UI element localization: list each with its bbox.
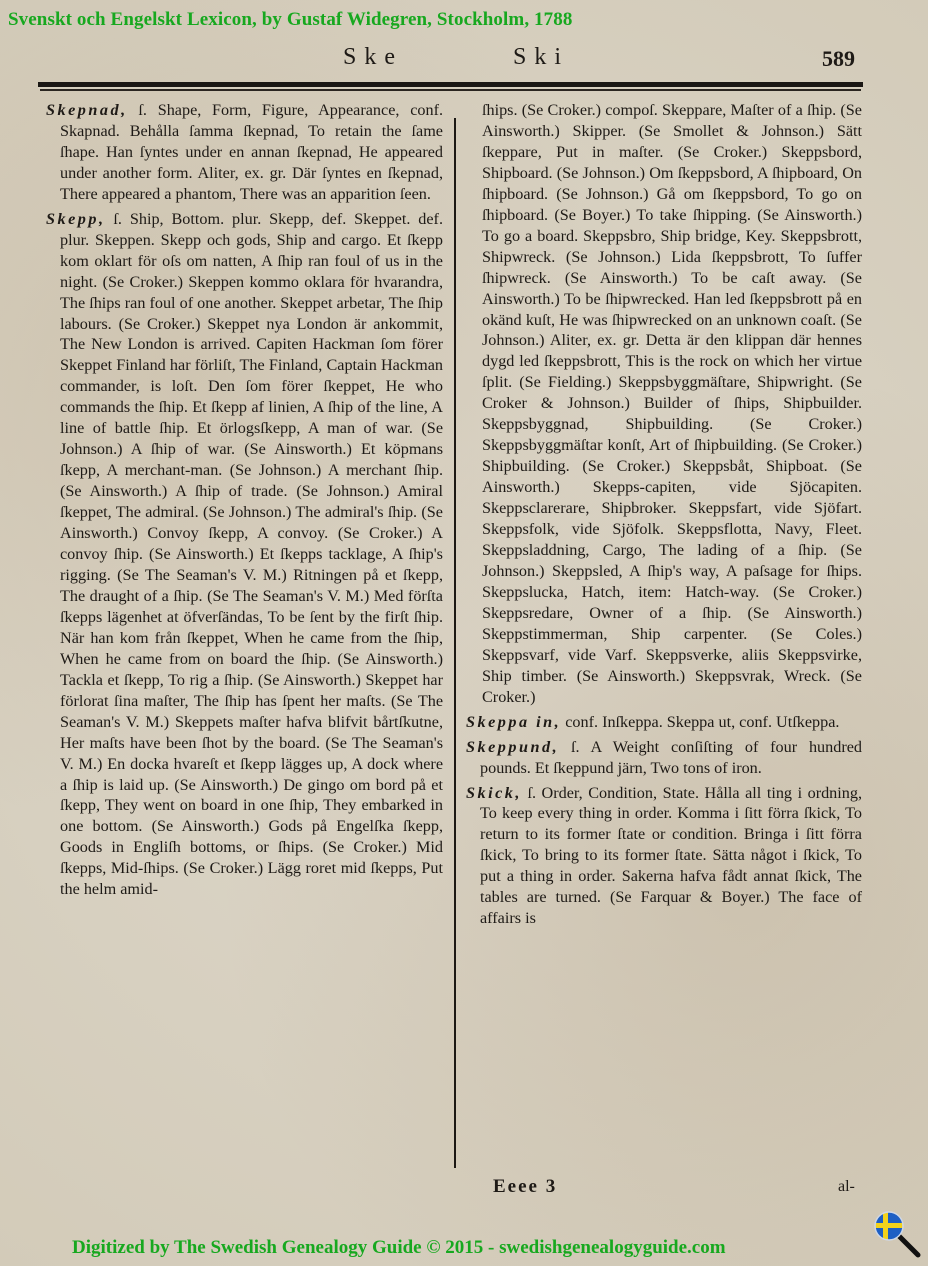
dictionary-entry: Skepp, ſ. Ship, Bottom. plur. Skepp, def… [46,209,443,900]
dictionary-entry: Skepnad, ſ. Shape, Form, Figure, Appeara… [46,100,443,205]
swedish-flag-magnifier-icon [872,1208,924,1260]
headword: Skeppund, [466,738,559,756]
right-column: ſhips. (Se Croker.) compoſ. Skeppare, Ma… [466,100,862,933]
catchword: al- [838,1178,855,1196]
headword: Skepp, [46,210,106,228]
digitized-credit: Digitized by The Swedish Genealogy Guide… [72,1237,726,1259]
left-column: Skepnad, ſ. Shape, Form, Figure, Appeara… [46,100,443,904]
dictionary-entry: Skeppund, ſ. A Weight conſiſting of four… [466,737,862,779]
page-number: 589 [822,46,855,72]
header-rule [38,82,863,89]
signature-mark: Eeee 3 [493,1176,557,1198]
headword: Skeppa in, [466,713,561,731]
running-head: Ske Ski 589 [0,44,928,84]
dictionary-entry: Skick, ſ. Order, Condition, State. Hålla… [466,783,862,930]
headword: Skepnad, [46,101,128,119]
watermark-title: Svenskt och Engelskt Lexicon, by Gustaf … [8,9,572,31]
column-divider [454,118,456,1168]
running-head-right: Ski [513,44,569,71]
entry-text: conf. Inſkeppa. Skeppa ut, conf. Utſkepp… [565,713,839,731]
headword: Skick, [466,784,522,802]
entry-continuation: ſhips. (Se Croker.) compoſ. Skeppare, Ma… [466,100,862,708]
entry-text: ſ. Order, Condition, State. Hålla all ti… [480,784,862,928]
running-head-left: Ske [343,44,403,71]
entry-text: ſ. Ship, Bottom. plur. Skepp, def. Skepp… [60,210,443,899]
dictionary-entry: Skeppa in, conf. Inſkeppa. Skeppa ut, co… [466,712,862,733]
